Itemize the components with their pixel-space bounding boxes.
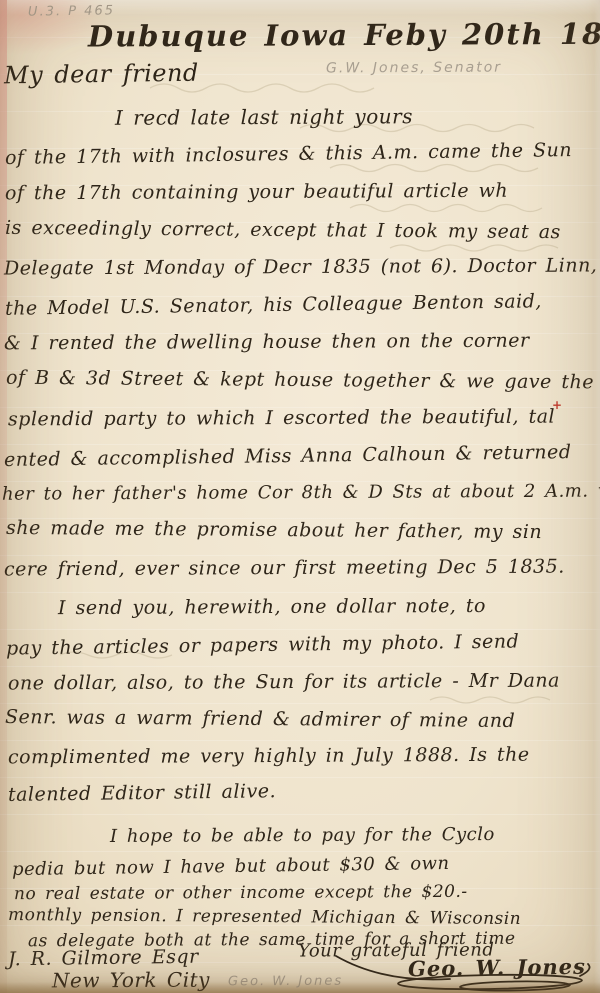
letter-line: splendid party to which I escorted the b…: [8, 407, 555, 431]
letter-line: I hope to be able to pay for the Cyclo: [110, 825, 495, 847]
letter-line: monthly pension. I represented Michigan …: [8, 906, 521, 929]
letter-line: Senr. was a warm friend & admirer of min…: [5, 707, 515, 732]
letter-line: pedia but now I have but about $30 & own: [12, 854, 450, 880]
letter-line: of the 17th containing your beautiful ar…: [5, 181, 508, 205]
recipient-city: New York City: [52, 969, 210, 992]
letter-line: Delegate 1st Monday of Decr 1835 (not 6)…: [4, 255, 597, 279]
letter-dateline: Dubuque Iowa Feby 20th 1895.: [88, 19, 600, 54]
pencil-sender-note: G.W. Jones, Senator: [326, 60, 502, 77]
letter-line: I send you, herewith, one dollar note, t…: [58, 596, 486, 619]
letter-line: & I rented the dwelling house then on th…: [4, 331, 530, 355]
signature-flourish: [330, 938, 595, 993]
letter-line: she made me the promise about her father…: [6, 518, 542, 543]
letter-line: I recd late last night yours: [115, 105, 413, 129]
letter-line: is exceedingly correct, except that I to…: [5, 218, 561, 243]
letter-line: no real estate or other income except th…: [14, 883, 468, 904]
letter-line: ented & accomplished Miss Anna Calhoun &…: [4, 442, 572, 471]
letter-line: the Model U.S. Senator, his Colleague Be…: [5, 291, 542, 319]
pencil-name-note: Geo. W. Jones: [228, 974, 343, 990]
letter-line: talented Editor still alive.: [8, 781, 276, 806]
recipient-name: J. R. Gilmore Esqr: [8, 947, 199, 971]
letter-line: of the 17th with inclosures & this A.m. …: [5, 140, 572, 169]
pencil-archive-ref: U.3. P 465: [28, 3, 115, 19]
red-ink-mark: +: [552, 398, 562, 412]
letter-line: of B & 3d Street & kept house together &…: [6, 368, 594, 394]
letter-line: pay the articles or papers with my photo…: [6, 631, 520, 659]
letter-line: her to her father's home Cor 8th & D Sts…: [2, 481, 600, 504]
letter-salutation: My dear friend: [4, 60, 199, 89]
letter-line: complimented me very highly in July 1888…: [8, 745, 530, 769]
letter-photograph: U.3. P 465 G.W. Jones, Senator Dubuque I…: [0, 0, 600, 993]
letter-line: cere friend, ever since our first meetin…: [4, 557, 565, 581]
letter-line: one dollar, also, to the Sun for its art…: [8, 671, 560, 695]
